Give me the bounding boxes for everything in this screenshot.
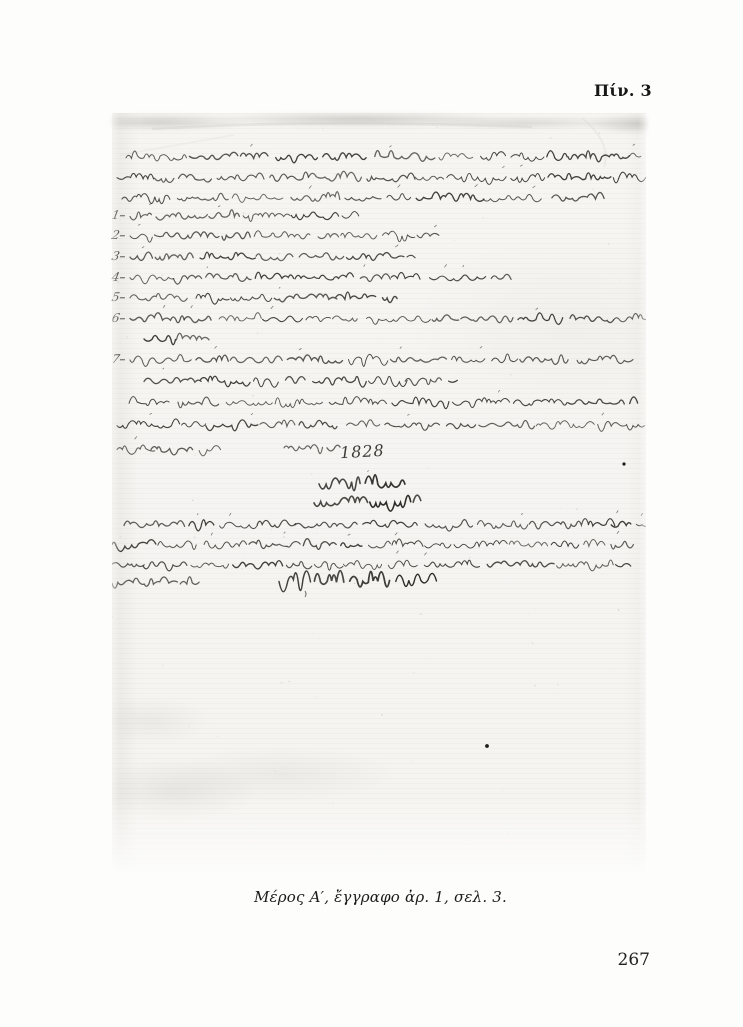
item-marker-1: 1– bbox=[111, 208, 127, 222]
figure-caption: Μέρος Α′, ἔγγραφο ἀρ. 1, σελ. 3. bbox=[0, 888, 743, 906]
page-number: 267 bbox=[618, 950, 650, 970]
item-marker-2: 2– bbox=[111, 228, 127, 242]
item-marker-5: 5– bbox=[111, 290, 127, 304]
book-page: Πίν. 3 1– 2– 3– 4– 5– 6– 7– 1828 Μέρος Α… bbox=[0, 0, 743, 1027]
handwriting-ink bbox=[112, 113, 646, 873]
item-marker-3: 3– bbox=[111, 249, 127, 263]
manuscript-scan: 1– 2– 3– 4– 5– 6– 7– 1828 bbox=[112, 113, 646, 873]
item-marker-7: 7– bbox=[111, 352, 127, 366]
plate-label: Πίν. 3 bbox=[594, 81, 652, 100]
item-marker-6: 6– bbox=[111, 311, 127, 325]
item-marker-4: 4– bbox=[111, 270, 127, 284]
manuscript-date: 1828 bbox=[340, 441, 386, 462]
